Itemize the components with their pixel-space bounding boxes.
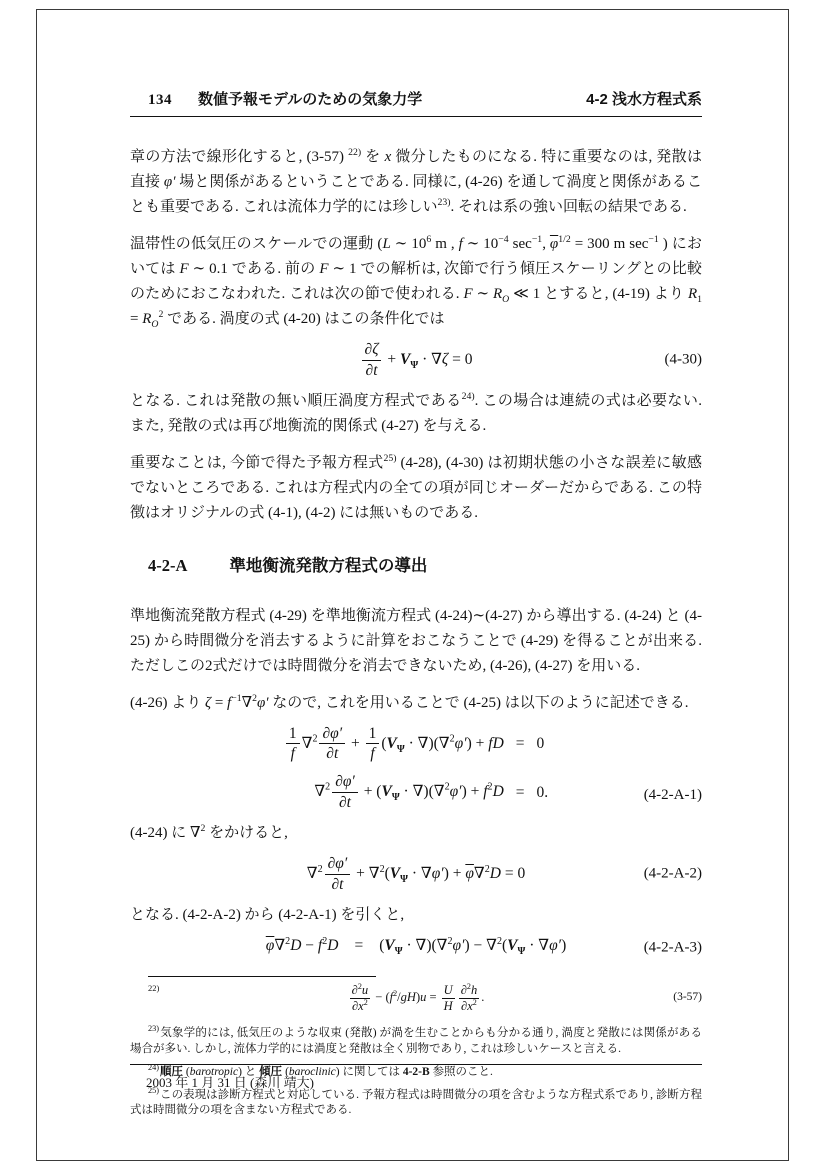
fraction: 1f xyxy=(286,724,300,765)
fraction: ∂φ′∂t xyxy=(325,854,351,895)
equation-label: (4-30) xyxy=(665,351,703,370)
page-footer: 2003 年 1 月 31 日 (森川 靖大) xyxy=(130,1064,702,1091)
equation-relation: = xyxy=(504,724,537,765)
footnote-rule xyxy=(148,976,376,977)
equation-label: (3-57) xyxy=(673,991,702,1005)
fraction: 1f xyxy=(366,724,380,765)
footnote-22: 22) ∂2u∂x2 − (f2/gH)u = UH∂2h∂x2. (3-57) xyxy=(130,983,702,1013)
footnote-equation-body: ∂2u∂x2 − (f2/gH)u = UH∂2h∂x2. xyxy=(348,990,485,1004)
equation-rhs: 0 xyxy=(537,724,549,765)
equation-rhs: 0. xyxy=(537,764,549,813)
paragraph-1: 章の方法で線形化すると, (3-57) 22) を x 微分したものになる. 特… xyxy=(130,145,702,220)
fraction: ∂ζ∂t xyxy=(362,340,382,381)
equation-lhs: φ∇2D − f2D xyxy=(266,936,339,955)
paragraph-5: 準地衡流発散方程式 (4-29) を準地衡流方程式 (4-24)∼(4-27) … xyxy=(130,604,702,679)
footnote-marker: 23) xyxy=(148,1024,159,1033)
equation-4-30: ∂ζ∂t + VΨ · ∇ζ = 0 (4-30) xyxy=(130,340,702,381)
equation-body: ∇2∂φ′∂t + ∇2(VΨ · ∇φ′) + φ∇2D = 0 xyxy=(307,865,525,882)
equation-lhs: ∇2∂φ′∂t + (VΨ · ∇)(∇2φ′) + f2D xyxy=(284,764,504,813)
paragraph-7: (4-24) に ∇2 をかけると, xyxy=(130,821,702,846)
footnote-23: 23)気象学的には, 低気圧のような収束 (発散) が渦を生むことからも分かる通… xyxy=(130,1021,702,1057)
equation-body: ∂ζ∂t + VΨ · ∇ζ = 0 xyxy=(360,351,473,368)
equation-4-2-A-1: 1f∇2∂φ′∂t + 1f(VΨ · ∇)(∇2φ′) + fD = 0 ∇2… xyxy=(130,724,702,813)
footnote-text: この表現は診断方程式と対応している. 予報方程式は時間微分の項を含むような方程式… xyxy=(130,1088,702,1116)
paragraph-8: となる. (4-2-A-2) から (4-2-A-1) を引くと, xyxy=(130,903,702,928)
equation-lhs: 1f∇2∂φ′∂t + 1f(VΨ · ∇)(∇2φ′) + fD xyxy=(284,724,504,765)
paragraph-4: 重要なことは, 今節で得た予報方程式25) (4-28), (4-30) は初期… xyxy=(130,451,702,526)
equation-row-1: 1f∇2∂φ′∂t + 1f(VΨ · ∇)(∇2φ′) + fD = 0 xyxy=(284,724,548,765)
paragraph-3: となる. これは発散の無い順圧渦度方程式である24). この場合は連続の式は必要… xyxy=(130,389,702,439)
equation-label: (4-2-A-2) xyxy=(644,865,702,884)
equation-label: (4-2-A-1) xyxy=(644,786,702,805)
equation-row-1: φ∇2D − f2D = (VΨ · ∇)(∇2φ′) − ∇2(VΨ · ∇φ… xyxy=(266,936,566,955)
fraction: ∂2u∂x2 xyxy=(350,983,371,1013)
page-number: 134 xyxy=(148,92,172,109)
equation-relation: = xyxy=(338,936,379,955)
equation-relation: = xyxy=(504,764,537,813)
equation-label: (4-2-A-3) xyxy=(644,939,702,958)
fraction: ∂φ′∂t xyxy=(319,724,345,765)
footnote-text: 気象学的には, 低気圧のような収束 (発散) が渦を生むことからも分かる通り, … xyxy=(130,1027,702,1055)
footer-rule xyxy=(130,1064,702,1065)
footer-date: 2003 年 1 月 31 日 (森川 靖大) xyxy=(130,1072,702,1091)
section-number: 4-2-A xyxy=(148,556,187,576)
fraction: UH xyxy=(442,983,455,1013)
equation-4-2-A-3: φ∇2D − f2D = (VΨ · ∇)(∇2φ′) − ∇2(VΨ · ∇φ… xyxy=(130,936,702,961)
equation-row-2: ∇2∂φ′∂t + (VΨ · ∇)(∇2φ′) + f2D = 0. xyxy=(284,764,548,813)
header-section-title: 4-2 浅水方程式系 xyxy=(586,88,702,109)
page: 134 数値予報モデルのための気象力学 4-2 浅水方程式系 章の方法で線形化す… xyxy=(130,88,702,1118)
section-title: 準地衡流発散方程式の導出 xyxy=(229,552,427,576)
paragraph-6: (4-26) より ζ = f−1∇2φ′ なので, これを用いることで (4-… xyxy=(130,691,702,716)
equation-4-2-A-2: ∇2∂φ′∂t + ∇2(VΨ · ∇φ′) + φ∇2D = 0 (4-2-A… xyxy=(130,854,702,895)
fraction: ∂2h∂x2 xyxy=(459,983,480,1013)
fraction: ∂φ′∂t xyxy=(332,772,358,813)
page-header: 134 数値予報モデルのための気象力学 4-2 浅水方程式系 xyxy=(130,88,702,117)
equation-rhs: (VΨ · ∇)(∇2φ′) − ∇2(VΨ · ∇φ′) xyxy=(379,936,566,955)
aligned-equation-group: φ∇2D − f2D = (VΨ · ∇)(∇2φ′) − ∇2(VΨ · ∇φ… xyxy=(266,936,566,955)
section-heading: 4-2-A 準地衡流発散方程式の導出 xyxy=(130,552,702,576)
paragraph-2: 温帯性の低気圧のスケールでの運動 (L ∼ 106 m , f ∼ 10−4 s… xyxy=(130,232,702,332)
aligned-equation-group: 1f∇2∂φ′∂t + 1f(VΨ · ∇)(∇2φ′) + fD = 0 ∇2… xyxy=(284,724,548,813)
footnote-marker: 22) xyxy=(148,983,159,993)
book-title: 数値予報モデルのための気象力学 xyxy=(198,88,422,109)
header-left: 134 数値予報モデルのための気象力学 xyxy=(148,88,422,109)
